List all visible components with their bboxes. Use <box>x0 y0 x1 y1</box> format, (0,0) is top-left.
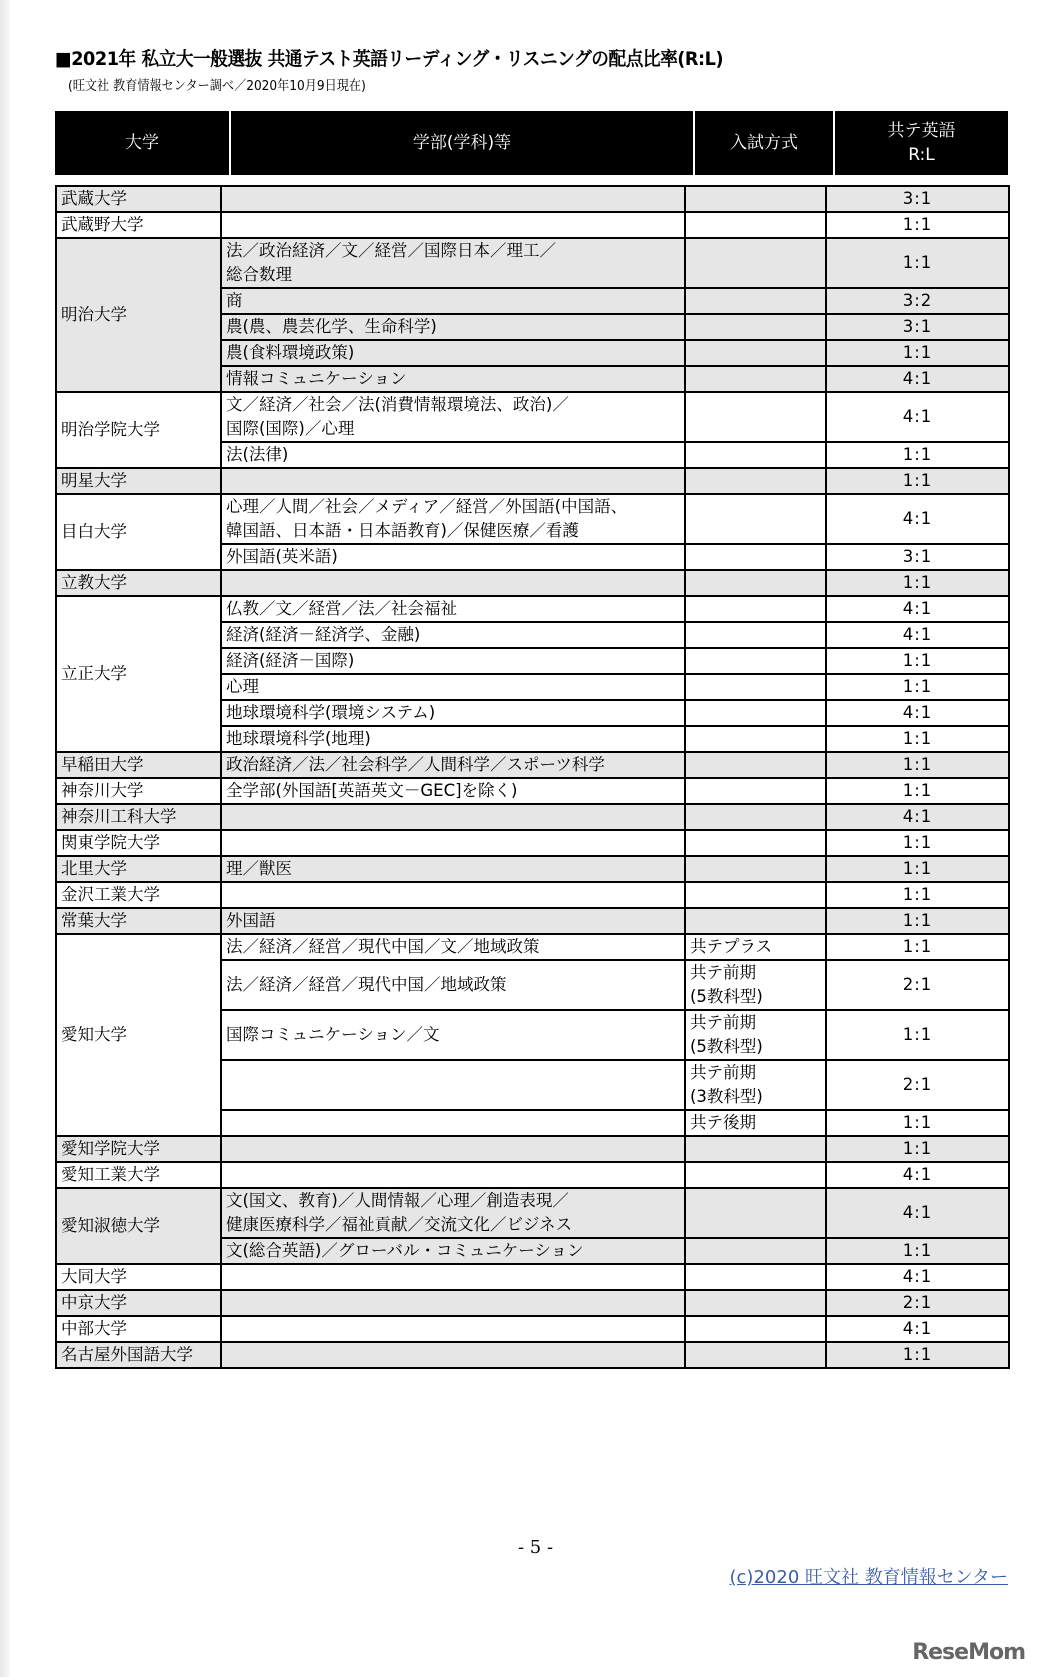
cell-ratio: 4:1 <box>826 596 1009 622</box>
cell-ratio: 1:1 <box>826 856 1009 882</box>
cell-method <box>685 1316 826 1342</box>
header-ratio: 共テ英語 R:L <box>835 111 1008 175</box>
table-row: 中京大学2:1 <box>56 1290 1009 1316</box>
cell-university: 中部大学 <box>56 1316 221 1342</box>
cell-ratio: 4:1 <box>826 1188 1009 1238</box>
cell-ratio: 1:1 <box>826 468 1009 494</box>
cell-method <box>685 544 826 570</box>
cell-university: 早稲田大学 <box>56 752 221 778</box>
cell-method: 共テ前期 (3教科型) <box>685 1060 826 1110</box>
cell-ratio: 2:1 <box>826 1060 1009 1110</box>
table-row: 立教大学1:1 <box>56 570 1009 596</box>
cell-ratio: 1:1 <box>826 830 1009 856</box>
cell-faculty: 外国語 <box>221 908 685 934</box>
cell-faculty: 法／政治経済／文／経営／国際日本／理工／ 総合数理 <box>221 238 685 288</box>
cell-university: 名古屋外国語大学 <box>56 1342 221 1368</box>
cell-ratio: 3:1 <box>826 544 1009 570</box>
cell-faculty <box>221 1110 685 1136</box>
cell-ratio: 1:1 <box>826 340 1009 366</box>
cell-method <box>685 212 826 238</box>
table-row: 明治学院大学文／経済／社会／法(消費情報環境法、政治)／ 国際(国際)／心理4:… <box>56 392 1009 442</box>
cell-method <box>685 494 826 544</box>
table-row: 明治大学法／政治経済／文／経営／国際日本／理工／ 総合数理1:1 <box>56 238 1009 288</box>
cell-university: 大同大学 <box>56 1264 221 1290</box>
table-body: 武蔵大学3:1武蔵野大学1:1明治大学法／政治経済／文／経営／国際日本／理工／ … <box>56 186 1009 1368</box>
cell-ratio: 2:1 <box>826 960 1009 1010</box>
cell-faculty: 地球環境科学(環境システム) <box>221 700 685 726</box>
header-ratio-line1: 共テ英語 <box>888 119 956 143</box>
table-row: 立正大学仏教／文／経営／法／社会福祉4:1 <box>56 596 1009 622</box>
cell-faculty <box>221 186 685 212</box>
cell-faculty <box>221 804 685 830</box>
cell-faculty: 地球環境科学(地理) <box>221 726 685 752</box>
cell-university: 明治大学 <box>56 238 221 392</box>
cell-faculty <box>221 570 685 596</box>
cell-university: 立教大学 <box>56 570 221 596</box>
cell-method <box>685 442 826 468</box>
cell-faculty: 仏教／文／経営／法／社会福祉 <box>221 596 685 622</box>
cell-method <box>685 882 826 908</box>
cell-faculty <box>221 468 685 494</box>
cell-ratio: 3:1 <box>826 314 1009 340</box>
cell-ratio: 1:1 <box>826 778 1009 804</box>
cell-method <box>685 648 826 674</box>
cell-method <box>685 726 826 752</box>
table-row: 愛知学院大学1:1 <box>56 1136 1009 1162</box>
cell-method <box>685 804 826 830</box>
table-row: 中部大学4:1 <box>56 1316 1009 1342</box>
cell-ratio: 4:1 <box>826 494 1009 544</box>
cell-faculty <box>221 830 685 856</box>
cell-faculty: 国際コミュニケーション／文 <box>221 1010 685 1060</box>
cell-method <box>685 314 826 340</box>
page-edge <box>0 0 10 1677</box>
cell-faculty <box>221 1136 685 1162</box>
cell-method <box>685 830 826 856</box>
table-row: 常葉大学外国語1:1 <box>56 908 1009 934</box>
document-title: ■2021年 私立大一般選抜 共通テスト英語リーディング・リスニングの配点比率(… <box>55 44 723 71</box>
table-row: 明星大学1:1 <box>56 468 1009 494</box>
table-row: 早稲田大学政治経済／法／社会科学／人間科学／スポーツ科学1:1 <box>56 752 1009 778</box>
cell-method <box>685 622 826 648</box>
cell-ratio: 1:1 <box>826 648 1009 674</box>
cell-ratio: 1:1 <box>826 882 1009 908</box>
table-row: 関東学院大学1:1 <box>56 830 1009 856</box>
cell-ratio: 3:2 <box>826 288 1009 314</box>
cell-method <box>685 570 826 596</box>
cell-faculty: 法／経済／経営／現代中国／地域政策 <box>221 960 685 1010</box>
header-university: 大学 <box>55 111 231 175</box>
cell-method <box>685 288 826 314</box>
cell-method <box>685 1136 826 1162</box>
cell-university: 明星大学 <box>56 468 221 494</box>
cell-faculty <box>221 1264 685 1290</box>
cell-faculty: 農(農、農芸化学、生命科学) <box>221 314 685 340</box>
header-ratio-line2: R:L <box>908 143 935 167</box>
cell-faculty <box>221 1162 685 1188</box>
cell-ratio: 1:1 <box>826 212 1009 238</box>
cell-university: 明治学院大学 <box>56 392 221 468</box>
cell-faculty: 商 <box>221 288 685 314</box>
cell-faculty <box>221 212 685 238</box>
cell-university: 金沢工業大学 <box>56 882 221 908</box>
cell-method <box>685 596 826 622</box>
cell-faculty: 心理 <box>221 674 685 700</box>
cell-method <box>685 340 826 366</box>
header-faculty: 学部(学科)等 <box>231 111 695 175</box>
table-row: 武蔵野大学1:1 <box>56 212 1009 238</box>
cell-faculty: 法(法律) <box>221 442 685 468</box>
cell-faculty <box>221 1290 685 1316</box>
cell-faculty <box>221 1060 685 1110</box>
cell-ratio: 4:1 <box>826 1264 1009 1290</box>
cell-ratio: 4:1 <box>826 804 1009 830</box>
cell-ratio: 1:1 <box>826 1010 1009 1060</box>
table-row: 愛知大学法／経済／経営／現代中国／文／地域政策共テプラス1:1 <box>56 934 1009 960</box>
cell-ratio: 3:1 <box>826 186 1009 212</box>
header-method: 入試方式 <box>695 111 835 175</box>
cell-ratio: 1:1 <box>826 238 1009 288</box>
ratio-table: 武蔵大学3:1武蔵野大学1:1明治大学法／政治経済／文／経営／国際日本／理工／ … <box>55 185 1010 1369</box>
cell-method <box>685 674 826 700</box>
cell-ratio: 1:1 <box>826 934 1009 960</box>
cell-university: 武蔵大学 <box>56 186 221 212</box>
table-row: 名古屋外国語大学1:1 <box>56 1342 1009 1368</box>
page-number: - 5 - <box>0 1537 1043 1558</box>
cell-faculty <box>221 1316 685 1342</box>
table-row: 目白大学心理／人間／社会／メディア／経営／外国語(中国語、 韓国語、日本語・日本… <box>56 494 1009 544</box>
cell-method: 共テ後期 <box>685 1110 826 1136</box>
table-row: 愛知工業大学4:1 <box>56 1162 1009 1188</box>
table-row: 神奈川工科大学4:1 <box>56 804 1009 830</box>
cell-faculty: 文(総合英語)／グローバル・コミュニケーション <box>221 1238 685 1264</box>
cell-method <box>685 1238 826 1264</box>
cell-method <box>685 186 826 212</box>
table-row: 武蔵大学3:1 <box>56 186 1009 212</box>
cell-method <box>685 856 826 882</box>
cell-ratio: 4:1 <box>826 1162 1009 1188</box>
cell-faculty: 農(食料環境政策) <box>221 340 685 366</box>
cell-faculty: 経済(経済－国際) <box>221 648 685 674</box>
cell-method <box>685 700 826 726</box>
cell-university: 愛知学院大学 <box>56 1136 221 1162</box>
cell-ratio: 1:1 <box>826 1110 1009 1136</box>
cell-ratio: 4:1 <box>826 622 1009 648</box>
cell-method <box>685 468 826 494</box>
cell-faculty: 全学部(外国語[英語英文－GEC]を除く) <box>221 778 685 804</box>
cell-method <box>685 392 826 442</box>
cell-university: 中京大学 <box>56 1290 221 1316</box>
cell-faculty: 外国語(英米語) <box>221 544 685 570</box>
table-row: 大同大学4:1 <box>56 1264 1009 1290</box>
cell-method: 共テプラス <box>685 934 826 960</box>
cell-ratio: 1:1 <box>826 1342 1009 1368</box>
table-row: 神奈川大学全学部(外国語[英語英文－GEC]を除く)1:1 <box>56 778 1009 804</box>
cell-method: 共テ前期 (5教科型) <box>685 960 826 1010</box>
cell-ratio: 1:1 <box>826 908 1009 934</box>
cell-university: 神奈川工科大学 <box>56 804 221 830</box>
cell-university: 武蔵野大学 <box>56 212 221 238</box>
cell-university: 目白大学 <box>56 494 221 570</box>
cell-university: 関東学院大学 <box>56 830 221 856</box>
cell-faculty: 心理／人間／社会／メディア／経営／外国語(中国語、 韓国語、日本語・日本語教育)… <box>221 494 685 544</box>
cell-faculty: 文(国文、教育)／人間情報／心理／創造表現／ 健康医療科学／福祉貢献／交流文化／… <box>221 1188 685 1238</box>
cell-university: 常葉大学 <box>56 908 221 934</box>
cell-method <box>685 1264 826 1290</box>
cell-ratio: 1:1 <box>826 674 1009 700</box>
copyright-link[interactable]: (c)2020 旺文社 教育情報センター <box>730 1563 1008 1589</box>
cell-university: 北里大学 <box>56 856 221 882</box>
cell-method: 共テ前期 (5教科型) <box>685 1010 826 1060</box>
cell-method <box>685 238 826 288</box>
cell-ratio: 4:1 <box>826 700 1009 726</box>
cell-method <box>685 1162 826 1188</box>
cell-faculty: 情報コミュニケーション <box>221 366 685 392</box>
cell-ratio: 1:1 <box>826 752 1009 778</box>
table-row: 愛知淑徳大学文(国文、教育)／人間情報／心理／創造表現／ 健康医療科学／福祉貢献… <box>56 1188 1009 1238</box>
cell-university: 愛知淑徳大学 <box>56 1188 221 1264</box>
cell-faculty: 政治経済／法／社会科学／人間科学／スポーツ科学 <box>221 752 685 778</box>
cell-ratio: 4:1 <box>826 366 1009 392</box>
cell-method <box>685 908 826 934</box>
cell-faculty: 経済(経済－経済学、金融) <box>221 622 685 648</box>
cell-faculty <box>221 882 685 908</box>
cell-ratio: 1:1 <box>826 570 1009 596</box>
cell-university: 愛知工業大学 <box>56 1162 221 1188</box>
cell-ratio: 4:1 <box>826 392 1009 442</box>
cell-ratio: 1:1 <box>826 1238 1009 1264</box>
table-row: 金沢工業大学1:1 <box>56 882 1009 908</box>
cell-university: 愛知大学 <box>56 934 221 1136</box>
cell-university: 神奈川大学 <box>56 778 221 804</box>
cell-method <box>685 1342 826 1368</box>
table-header: 大学 学部(学科)等 入試方式 共テ英語 R:L <box>55 111 1008 175</box>
document-subtitle: (旺文社 教育情報センター調べ／2020年10月9日現在) <box>68 74 366 94</box>
cell-method <box>685 752 826 778</box>
cell-faculty <box>221 1342 685 1368</box>
cell-ratio: 1:1 <box>826 726 1009 752</box>
cell-ratio: 2:1 <box>826 1290 1009 1316</box>
cell-method <box>685 1290 826 1316</box>
cell-ratio: 4:1 <box>826 1316 1009 1342</box>
cell-faculty: 理／獣医 <box>221 856 685 882</box>
cell-method <box>685 1188 826 1238</box>
table-row: 北里大学理／獣医1:1 <box>56 856 1009 882</box>
cell-ratio: 1:1 <box>826 442 1009 468</box>
cell-method <box>685 366 826 392</box>
resemom-logo: ReseMom <box>912 1640 1025 1665</box>
cell-university: 立正大学 <box>56 596 221 752</box>
cell-ratio: 1:1 <box>826 1136 1009 1162</box>
cell-faculty: 法／経済／経営／現代中国／文／地域政策 <box>221 934 685 960</box>
cell-faculty: 文／経済／社会／法(消費情報環境法、政治)／ 国際(国際)／心理 <box>221 392 685 442</box>
cell-method <box>685 778 826 804</box>
